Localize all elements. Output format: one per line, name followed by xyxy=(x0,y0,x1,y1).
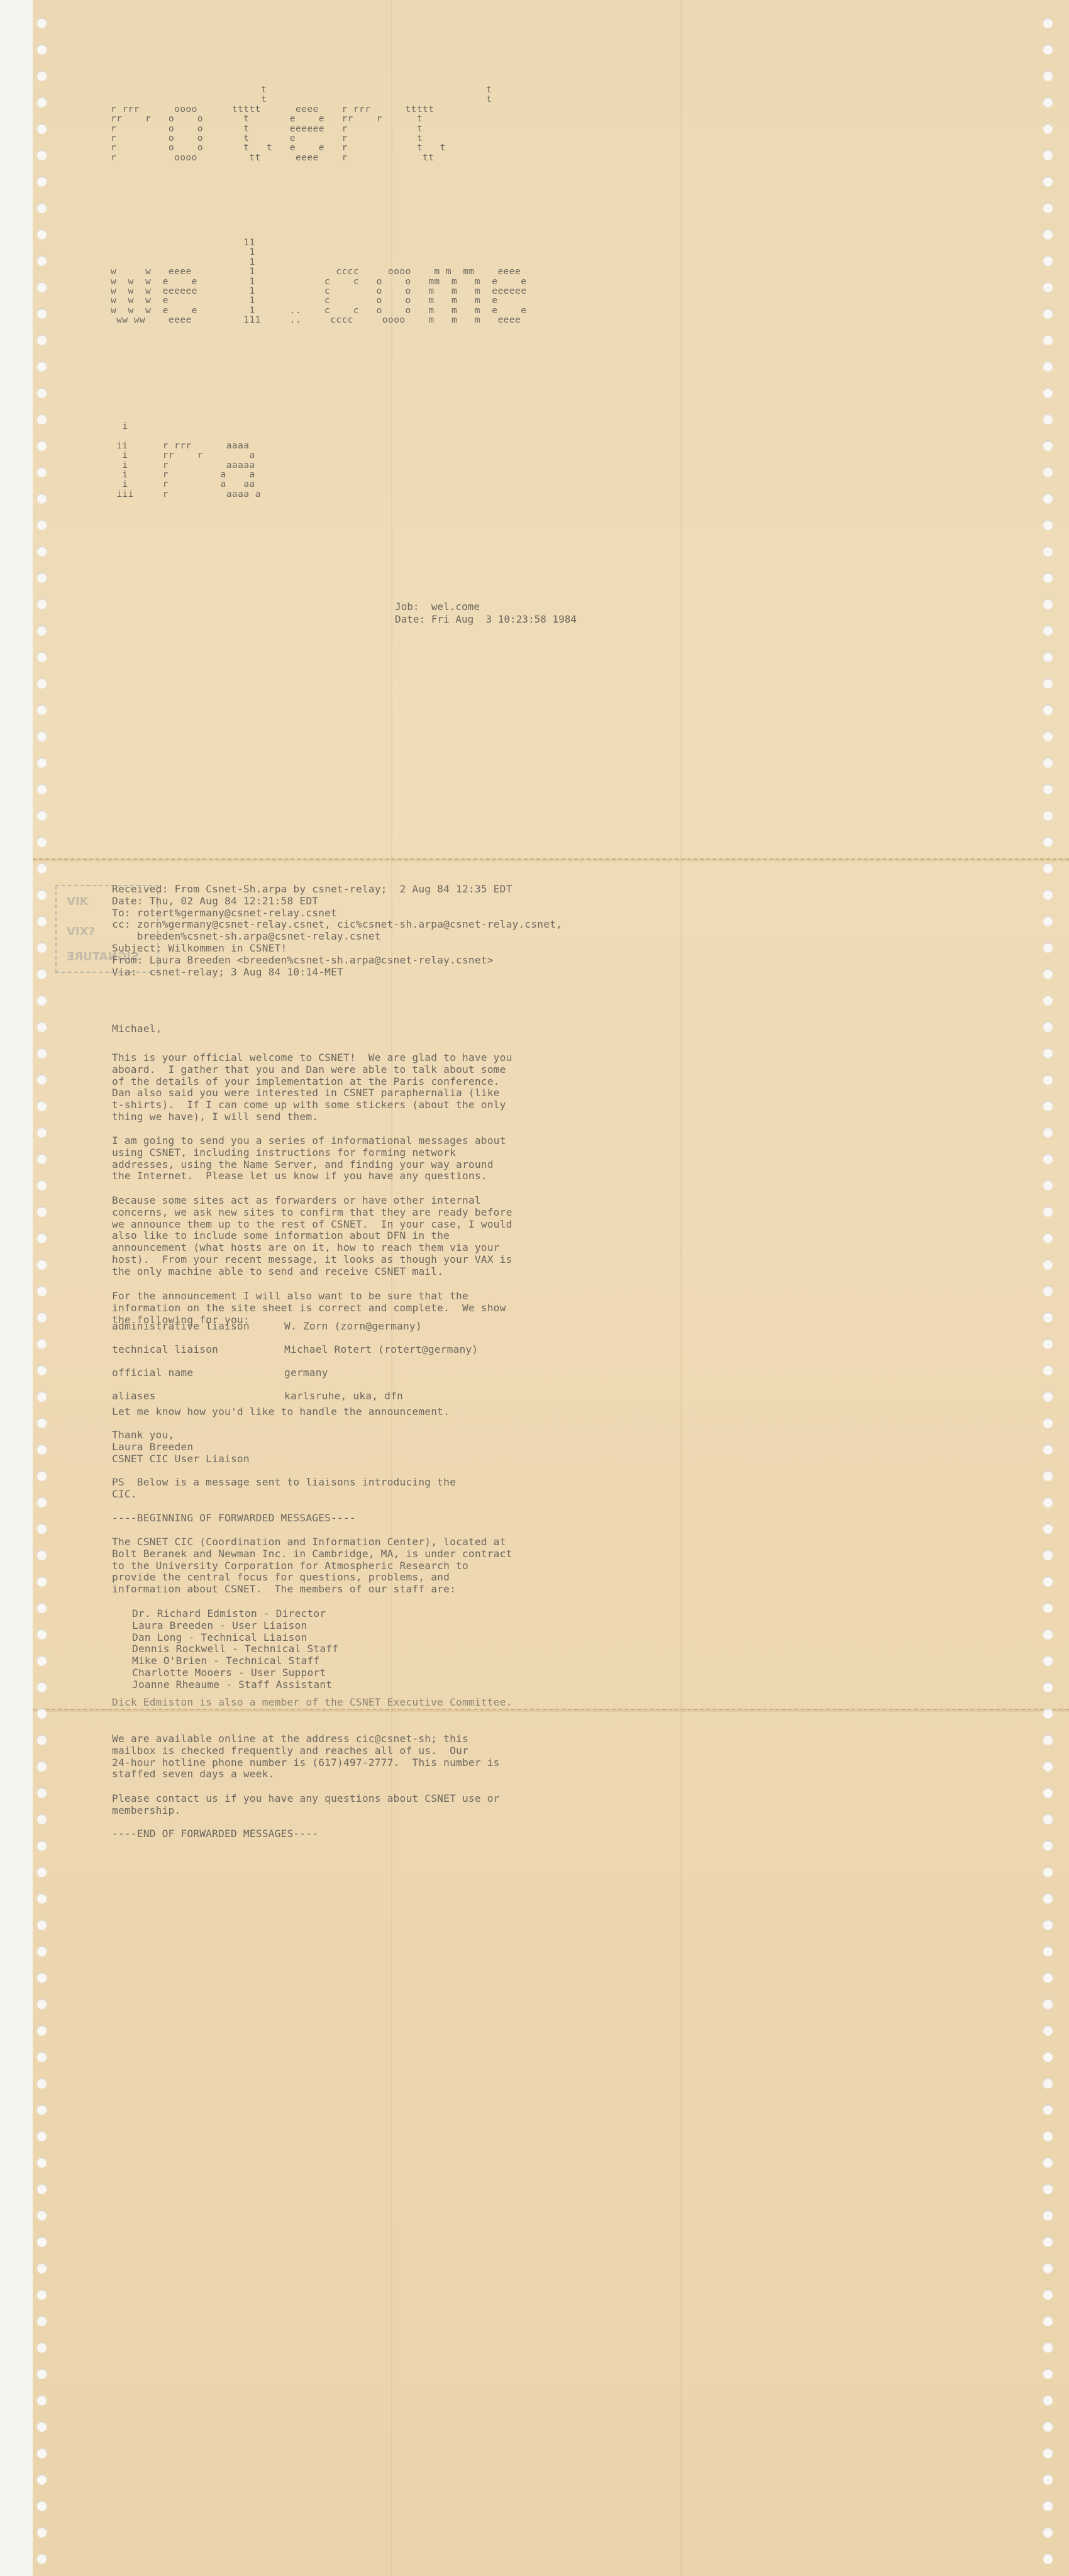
sprocket-hole xyxy=(36,678,47,689)
sprocket-hole xyxy=(1043,70,1053,81)
site-sheet-field: official name xyxy=(112,1367,193,1379)
sprocket-hole xyxy=(36,1523,47,1534)
sprocket-hole xyxy=(1043,1629,1053,1640)
sprocket-hole xyxy=(1043,1127,1053,1138)
sprocket-hole xyxy=(1043,836,1053,847)
sprocket-hole xyxy=(36,2025,47,2036)
sprocket-hole xyxy=(36,1101,47,1111)
sprocket-hole xyxy=(36,599,47,609)
sprocket-hole xyxy=(1043,1444,1053,1455)
sprocket-hole xyxy=(36,1972,47,1983)
sprocket-hole xyxy=(1043,2316,1053,2326)
paper-crease xyxy=(680,0,682,2576)
paper-crease xyxy=(391,0,392,2576)
sprocket-hole xyxy=(1043,546,1053,557)
sprocket-hole xyxy=(1043,2025,1053,2036)
sprocket-hole xyxy=(1043,176,1053,187)
sprocket-hole xyxy=(36,2421,47,2432)
sprocket-hole xyxy=(36,150,47,160)
sprocket-hole xyxy=(36,2236,47,2247)
sprocket-hole xyxy=(36,2104,47,2115)
sprocket-hole xyxy=(36,652,47,662)
sprocket-hole xyxy=(36,1602,47,1613)
sprocket-hole xyxy=(36,70,47,81)
sprocket-hole xyxy=(36,2184,47,2194)
sprocket-hole xyxy=(1043,2157,1053,2168)
date-value: Fri Aug 3 10:23:58 1984 xyxy=(431,613,577,625)
sprocket-hole xyxy=(1043,1840,1053,1851)
sprocket-hole xyxy=(36,625,47,636)
sprocket-hole xyxy=(36,1391,47,1402)
sprocket-hole xyxy=(1043,493,1053,504)
exec-committee-note: Dick Edmiston is also a member of the CS… xyxy=(112,1697,512,1709)
sprocket-hole xyxy=(36,1761,47,1772)
sprocket-hole xyxy=(36,1814,47,1824)
sprocket-hole xyxy=(1043,1101,1053,1111)
site-sheet-field: aliases xyxy=(112,1391,156,1402)
sprocket-hole xyxy=(36,784,47,794)
sprocket-hole xyxy=(1043,203,1053,213)
sprocket-hole xyxy=(36,2501,47,2511)
sprocket-hole xyxy=(36,1470,47,1481)
sprocket-hole xyxy=(36,2342,47,2353)
sprocket-hole xyxy=(1043,1312,1053,1323)
sprocket-hole xyxy=(36,1946,47,1957)
sprocket-hole xyxy=(1043,942,1053,953)
sprocket-hole xyxy=(36,2395,47,2406)
sprocket-hole xyxy=(1043,229,1053,240)
email-greeting: Michael, xyxy=(112,1023,162,1035)
banner-user-ascii: t t t t r rrr oooo ttttt eeee r rrr tttt… xyxy=(111,85,492,162)
sprocket-hole xyxy=(36,387,47,398)
sprocket-hole xyxy=(36,123,47,134)
sprocket-hole xyxy=(1043,1735,1053,1745)
sprocket-hole xyxy=(36,572,47,583)
site-sheet-value: W. Zorn (zorn@germany) xyxy=(284,1321,422,1333)
sprocket-hole xyxy=(1043,1153,1053,1164)
sprocket-hole xyxy=(36,969,47,979)
sprocket-hole xyxy=(36,18,47,28)
sprocket-hole xyxy=(36,1127,47,1138)
sprocket-hole xyxy=(36,546,47,557)
sprocket-hole xyxy=(1043,1655,1053,1666)
sprocket-hole xyxy=(36,1418,47,1428)
site-sheet-value: karlsruhe, uka, dfn xyxy=(284,1391,403,1402)
site-sheet-field: technical liaison xyxy=(112,1344,218,1356)
sprocket-hole xyxy=(1043,519,1053,530)
sprocket-hole xyxy=(1043,1259,1053,1270)
sprocket-hole xyxy=(36,2368,47,2379)
sprocket-hole xyxy=(36,1312,47,1323)
sprocket-hole xyxy=(36,1550,47,1560)
sprocket-hole xyxy=(36,1682,47,1692)
sprocket-hole xyxy=(36,1735,47,1745)
sprocket-hole xyxy=(1043,1867,1053,1877)
sprocket-hole xyxy=(1043,1814,1053,1824)
sprocket-hole xyxy=(36,995,47,1006)
sprocket-hole xyxy=(36,1259,47,1270)
sprocket-hole xyxy=(1043,1497,1053,1507)
site-sheet-field: administrative liaison xyxy=(112,1321,250,1333)
sprocket-hole xyxy=(1043,1470,1053,1481)
sprocket-hole xyxy=(36,2078,47,2089)
stamp-line: VIK xyxy=(67,895,89,908)
sprocket-hole xyxy=(1043,704,1053,715)
sprocket-hole xyxy=(36,2553,47,2564)
perforation-fold xyxy=(33,1709,1069,1712)
sprocket-hole xyxy=(36,1338,47,1349)
forward-begin-marker: ----BEGINNING OF FORWARDED MESSAGES---- xyxy=(112,1513,356,1524)
sprocket-hole xyxy=(1043,44,1053,55)
sprocket-hole xyxy=(36,1233,47,1243)
sprocket-hole xyxy=(36,1444,47,1455)
sprocket-hole xyxy=(1043,255,1053,266)
sprocket-hole xyxy=(36,1285,47,1296)
sprocket-hole xyxy=(1043,1048,1053,1058)
date-label: Date: xyxy=(395,613,425,625)
closing-request: Let me know how you'd like to handle the… xyxy=(112,1406,450,1418)
sprocket-hole xyxy=(1043,123,1053,134)
forward-intro: The CSNET CIC (Coordination and Informat… xyxy=(112,1536,512,1596)
site-sheet-value: germany xyxy=(284,1367,328,1379)
sprocket-hole xyxy=(36,308,47,319)
sprocket-hole xyxy=(1043,2131,1053,2141)
sprocket-hole xyxy=(1043,335,1053,345)
email-paragraph: This is your official welcome to CSNET! … xyxy=(112,1052,512,1123)
sprocket-hole xyxy=(36,1919,47,1930)
sprocket-hole xyxy=(36,1021,47,1032)
sprocket-hole xyxy=(36,1365,47,1375)
sprocket-hole xyxy=(36,2289,47,2300)
sprocket-hole xyxy=(1043,1576,1053,1587)
sprocket-hole xyxy=(1043,2342,1053,2353)
banner-job-ascii: 11 1 1 w w eeee 1 cccc oooo m m mm eeee … xyxy=(111,238,526,325)
sprocket-hole xyxy=(36,704,47,715)
sprocket-hole xyxy=(1043,731,1053,741)
sprocket-hole xyxy=(1043,2395,1053,2406)
sprocket-hole xyxy=(1043,467,1053,477)
sprocket-hole xyxy=(36,2316,47,2326)
sprocket-hole xyxy=(1043,889,1053,900)
sprocket-hole xyxy=(1043,2104,1053,2115)
sprocket-hole xyxy=(1043,995,1053,1006)
sprocket-hole xyxy=(1043,150,1053,160)
sprocket-hole xyxy=(36,757,47,768)
sprocket-hole xyxy=(36,1497,47,1507)
sprocket-hole xyxy=(36,282,47,292)
sprocket-hole xyxy=(1043,1602,1053,1613)
sprocket-hole xyxy=(1043,308,1053,319)
sprocket-hole xyxy=(36,1655,47,1666)
sprocket-hole xyxy=(1043,1418,1053,1428)
sprocket-hole xyxy=(36,731,47,741)
sprocket-hole xyxy=(1043,2368,1053,2379)
sprocket-hole xyxy=(1043,440,1053,451)
sprocket-hole xyxy=(36,493,47,504)
sprocket-hole xyxy=(36,1787,47,1798)
sprocket-hole xyxy=(1043,1761,1053,1772)
sprocket-hole xyxy=(1043,1206,1053,1217)
sprocket-hole xyxy=(36,1576,47,1587)
sprocket-hole xyxy=(1043,625,1053,636)
sprocket-hole xyxy=(36,1840,47,1851)
sprocket-hole xyxy=(36,836,47,847)
sprocket-hole xyxy=(1043,282,1053,292)
job-label: Job: xyxy=(395,601,419,613)
sprocket-hole xyxy=(1043,1919,1053,1930)
sprocket-hole xyxy=(36,1893,47,1904)
sprocket-hole xyxy=(36,229,47,240)
sprocket-hole xyxy=(1043,2078,1053,2089)
sprocket-hole xyxy=(1043,97,1053,108)
perforation-fold xyxy=(33,858,1069,862)
sprocket-holes-right xyxy=(1043,0,1061,2576)
sprocket-holes-left xyxy=(36,0,55,2576)
sprocket-hole xyxy=(36,467,47,477)
sprocket-hole xyxy=(1043,414,1053,425)
sprocket-hole xyxy=(1043,678,1053,689)
stamp-line: VIX? xyxy=(67,925,95,938)
sprocket-hole xyxy=(36,440,47,451)
sprocket-hole xyxy=(1043,1338,1053,1349)
signature: Thank you, Laura Breeden CSNET CIC User … xyxy=(112,1430,250,1465)
sprocket-hole xyxy=(1043,1180,1053,1191)
sprocket-hole xyxy=(1043,1999,1053,2009)
site-sheet-value: Michael Rotert (rotert@germany) xyxy=(284,1344,478,1356)
sprocket-hole xyxy=(36,2527,47,2538)
forward-end-marker: ----END OF FORWARDED MESSAGES---- xyxy=(112,1828,318,1840)
sprocket-hole xyxy=(36,2474,47,2485)
sprocket-hole xyxy=(1043,1021,1053,1032)
banner-system-ascii: i ii r rrr aaaa i rr r a i r aaaaa i r a… xyxy=(111,421,261,499)
sprocket-hole xyxy=(1043,810,1053,821)
sprocket-hole xyxy=(1043,2210,1053,2221)
postscript: PS Below is a message sent to liaisons i… xyxy=(112,1477,456,1501)
sprocket-hole xyxy=(1043,757,1053,768)
sprocket-hole xyxy=(36,863,47,874)
sprocket-hole xyxy=(36,1153,47,1164)
job-info: Job: wel.come Date: Fri Aug 3 10:23:58 1… xyxy=(395,601,577,626)
staff-list: Dr. Richard Edmiston - Director Laura Br… xyxy=(132,1608,338,1691)
sprocket-hole xyxy=(1043,1233,1053,1243)
sprocket-hole xyxy=(1043,1946,1053,1957)
email-paragraph: I am going to send you a series of infor… xyxy=(112,1135,506,1182)
printout-paper xyxy=(33,0,1069,2576)
sprocket-hole xyxy=(36,97,47,108)
sprocket-hole xyxy=(1043,1285,1053,1296)
sprocket-hole xyxy=(1043,2289,1053,2300)
email-headers: Received: From Csnet-Sh.arpa by csnet-re… xyxy=(112,884,562,978)
sprocket-hole xyxy=(36,1629,47,1640)
sprocket-hole xyxy=(1043,1550,1053,1560)
job-value: wel.come xyxy=(431,601,480,613)
sprocket-hole xyxy=(1043,572,1053,583)
sprocket-hole xyxy=(1043,2184,1053,2194)
sprocket-hole xyxy=(36,1999,47,2009)
sprocket-hole xyxy=(1043,916,1053,926)
sprocket-hole xyxy=(1043,599,1053,609)
sprocket-hole xyxy=(1043,1972,1053,1983)
sprocket-hole xyxy=(1043,2263,1053,2273)
sprocket-hole xyxy=(1043,2051,1053,2062)
sprocket-hole xyxy=(36,519,47,530)
sprocket-hole xyxy=(1043,1787,1053,1798)
sprocket-hole xyxy=(36,2263,47,2273)
contact-paragraph: We are available online at the address c… xyxy=(112,1733,500,1780)
sprocket-hole xyxy=(1043,1893,1053,1904)
sprocket-hole xyxy=(36,1867,47,1877)
sprocket-hole xyxy=(1043,2421,1053,2432)
sprocket-hole xyxy=(36,361,47,372)
sprocket-hole xyxy=(36,2210,47,2221)
sprocket-hole xyxy=(1043,1391,1053,1402)
sprocket-hole xyxy=(1043,2527,1053,2538)
sprocket-hole xyxy=(36,335,47,345)
sprocket-hole xyxy=(1043,1365,1053,1375)
sprocket-hole xyxy=(36,2448,47,2458)
sprocket-hole xyxy=(36,2131,47,2141)
sprocket-hole xyxy=(36,1048,47,1058)
sprocket-hole xyxy=(1043,1074,1053,1085)
sprocket-hole xyxy=(36,2157,47,2168)
sprocket-hole xyxy=(1043,18,1053,28)
sprocket-hole xyxy=(1043,2236,1053,2247)
sprocket-hole xyxy=(36,1074,47,1085)
sprocket-hole xyxy=(36,1180,47,1191)
sprocket-hole xyxy=(36,44,47,55)
sprocket-hole xyxy=(36,203,47,213)
sprocket-hole xyxy=(36,176,47,187)
sprocket-hole xyxy=(36,889,47,900)
sprocket-hole xyxy=(1043,652,1053,662)
sprocket-hole xyxy=(36,414,47,425)
sprocket-hole xyxy=(1043,969,1053,979)
sprocket-hole xyxy=(1043,1682,1053,1692)
sprocket-hole xyxy=(36,916,47,926)
sprocket-hole xyxy=(1043,863,1053,874)
sprocket-hole xyxy=(1043,361,1053,372)
sprocket-hole xyxy=(1043,2474,1053,2485)
sprocket-hole xyxy=(36,942,47,953)
sprocket-hole xyxy=(1043,784,1053,794)
sprocket-hole xyxy=(1043,2501,1053,2511)
email-paragraph: Because some sites act as forwarders or … xyxy=(112,1195,512,1278)
sprocket-hole xyxy=(1043,1708,1053,1719)
sprocket-hole xyxy=(36,810,47,821)
sprocket-hole xyxy=(36,1206,47,1217)
sprocket-hole xyxy=(36,255,47,266)
sprocket-hole xyxy=(1043,1523,1053,1534)
sprocket-hole xyxy=(1043,2448,1053,2458)
sprocket-hole xyxy=(1043,2553,1053,2564)
sprocket-hole xyxy=(1043,387,1053,398)
sprocket-hole xyxy=(36,1708,47,1719)
sprocket-hole xyxy=(36,2051,47,2062)
contact-closing: Please contact us if you have any questi… xyxy=(112,1793,500,1817)
